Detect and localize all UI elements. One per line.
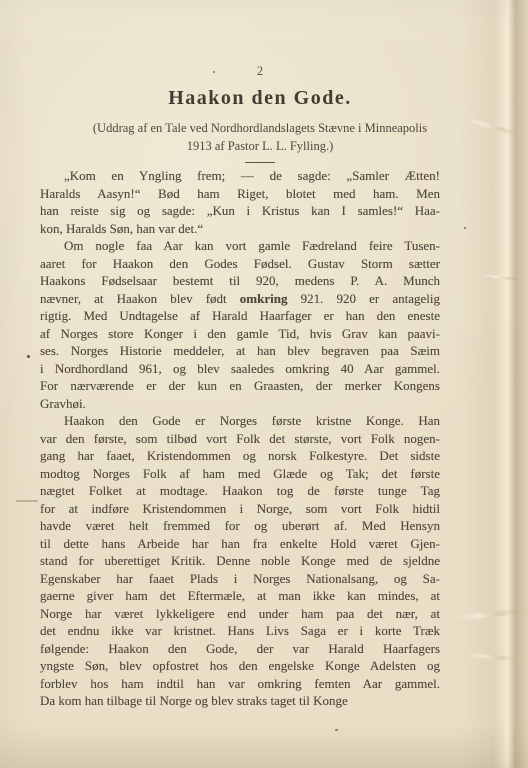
- paper-crease: [467, 653, 519, 662]
- paper-crease: [481, 273, 523, 281]
- paper-speck: [27, 355, 30, 358]
- paragraph-birth-grave: Om nogle faa Aar kan vort gamle Fædrelan…: [40, 237, 440, 412]
- text-line: Om nogle faa Aar kan vort gamle Fædrelan…: [40, 237, 440, 255]
- text-line: for at indføre Kristendommen i Norge, so…: [40, 500, 440, 518]
- text-line: Haakons Fødselsaar bestemt til 920, mede…: [40, 272, 440, 290]
- paper-speck: [464, 227, 466, 229]
- text-line: modtog Norges Folk af ham med Glæde og T…: [40, 465, 440, 483]
- subtitle-line-1: (Uddrag af en Tale ved Nordhordlandslage…: [40, 119, 480, 137]
- paper-crease: [455, 608, 525, 620]
- text-line: aaret for Haakon den Godes Fødsel. Gusta…: [40, 255, 440, 273]
- paper-speck: [213, 71, 215, 73]
- text-line: til dette hans Arbeide har han fra enkel…: [40, 535, 440, 553]
- text-line: „Kom en Yngling frem; — de sagde: „Samle…: [40, 167, 440, 185]
- section-divider: [245, 162, 275, 163]
- text-line: Da kom han tilbage til Norge og blev str…: [40, 692, 440, 710]
- paragraph-first-christian-king: Haakon den Gode er Norges første kristne…: [40, 412, 440, 710]
- text-line: Haakon den Gode er Norges første kristne…: [40, 412, 440, 430]
- text-line: nævner, at Haakon blev født omkring 921.…: [40, 290, 440, 308]
- page-title: Haakon den Gode.: [40, 87, 480, 110]
- text-line: nægtet Folket at modtage. Haakon tog de …: [40, 482, 440, 500]
- text-line: ses. Norges Historie meddeler, at han bl…: [40, 342, 440, 360]
- text-line: Egenskaber har faaet Plads i Norges Nati…: [40, 570, 440, 588]
- text-line: Haralds Aasyn!“ Bød ham Riget, blotet me…: [40, 185, 440, 203]
- body-text: „Kom en Yngling frem; — de sagde: „Samle…: [40, 167, 440, 710]
- subtitle-line-2: 1913 af Pastor L. L. Fylling.): [40, 137, 480, 155]
- text-line: For nærværende er der kun en Graasten, d…: [40, 377, 440, 395]
- text-line: af Norges store Konger i den gamle Tid, …: [40, 325, 440, 343]
- text-line: havde været helt fremmed for og uberørt …: [40, 517, 440, 535]
- text-line: Gravhøi.: [40, 395, 440, 413]
- paragraph-quote: „Kom en Yngling frem; — de sagde: „Samle…: [40, 167, 440, 237]
- text-line: stand for uberettiget Kritik. Denne nobl…: [40, 552, 440, 570]
- text-line: gang har faaet, Kristendommen og norsk F…: [40, 447, 440, 465]
- text-line: yngste Søn, blev opfostret hos den engel…: [40, 657, 440, 675]
- text-line: var den første, som tilbød vort Folk det…: [40, 430, 440, 448]
- text-line: det endnu ikke var kristnet. Hans Livs S…: [40, 622, 440, 640]
- subtitle: (Uddrag af en Tale ved Nordhordlandslage…: [40, 119, 480, 155]
- text-line: rigtig. Med Undtagelse af Harald Haarfag…: [40, 307, 440, 325]
- text-line: kon, Haralds Søn, han var det.“: [40, 220, 440, 238]
- text-line: følgende: Haakon den Gode, der var Haral…: [40, 640, 440, 658]
- pencil-mark: [16, 500, 38, 502]
- text-line: forblev hos ham indtil han var omkring f…: [40, 675, 440, 693]
- scanned-page: 2 Haakon den Gode. (Uddrag af en Tale ve…: [0, 0, 528, 768]
- text-line: Norge har været lykkeligere end under ha…: [40, 605, 440, 623]
- text-line: gaerne giver ham det Eftermæle, at man i…: [40, 587, 440, 605]
- page-number: 2: [40, 64, 480, 79]
- text-line: i Nordhordland 961, og blev saaledes omk…: [40, 360, 440, 378]
- text-line: han reiste sig og sagde: „Kun i Kristus …: [40, 202, 440, 220]
- paper-speck: [335, 729, 338, 731]
